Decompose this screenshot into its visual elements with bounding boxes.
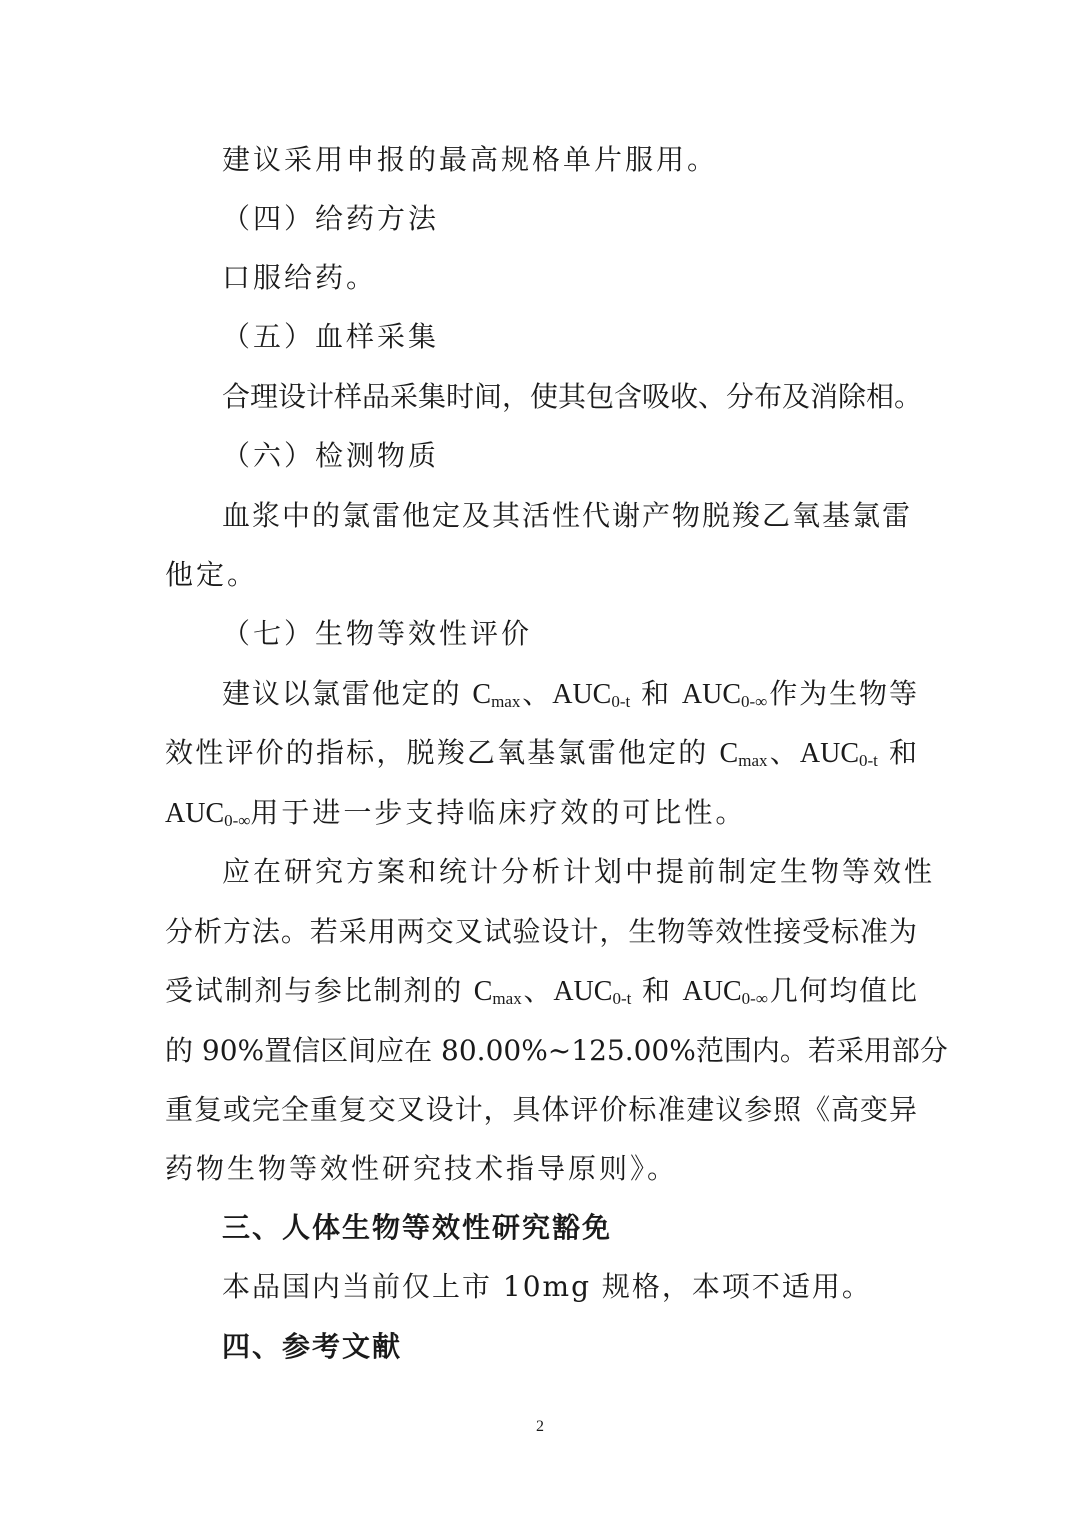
page-number: 2 — [0, 1418, 1080, 1436]
paragraph-line: 他定。 — [165, 558, 258, 592]
section-heading-3: 三、人体生物等效性研究豁免 — [222, 1211, 612, 1245]
subsection-heading-6: （六）检测物质 — [222, 439, 439, 473]
paragraph-line: 口服给药。 — [222, 261, 377, 295]
section-heading-4: 四、参考文献 — [222, 1330, 402, 1364]
paragraph-line: AUC0-∞用于进一步支持临床疗效的可比性。 — [165, 796, 746, 831]
paragraph-line: 重复或完全重复交叉设计，具体评价标准建议参照《高变异 — [165, 1093, 917, 1127]
subsection-heading-7: （七）生物等效性评价 — [222, 617, 532, 651]
paragraph-line: 血浆中的氯雷他定及其活性代谢产物脱羧乙氧基氯雷 — [222, 499, 912, 533]
paragraph-line: 分析方法。若采用两交叉试验设计，生物等效性接受标准为 — [165, 915, 917, 949]
paragraph-line: 建议以氯雷他定的 Cmax、AUC0-t 和 AUC0-∞作为生物等 — [222, 677, 917, 712]
paragraph-line: 本品国内当前仅上市 10mg 规格，本项不适用。 — [222, 1270, 872, 1304]
paragraph-line: 效性评价的指标，脱羧乙氧基氯雷他定的 Cmax、AUC0-t 和 — [165, 736, 917, 771]
subsection-heading-5: （五）血样采集 — [222, 320, 439, 354]
paragraph-line: 建议采用申报的最高规格单片服用。 — [222, 143, 718, 177]
paragraph-line: 合理设计样品采集时间，使其包含吸收、分布及消除相。 — [222, 380, 922, 414]
paragraph-line: 受试制剂与参比制剂的 Cmax、AUC0-t 和 AUC0-∞几何均值比 — [165, 974, 917, 1009]
paragraph-line: 应在研究方案和统计分析计划中提前制定生物等效性 — [222, 855, 935, 889]
paragraph-line: 的 90%置信区间应在 80.00%~125.00%范围内。若采用部分 — [165, 1034, 917, 1068]
paragraph-line: 药物生物等效性研究技术指导原则》。 — [165, 1152, 678, 1186]
subsection-heading-4: （四）给药方法 — [222, 202, 439, 236]
